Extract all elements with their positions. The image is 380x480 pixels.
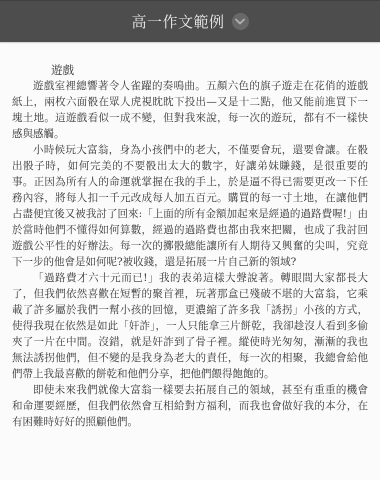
page-title[interactable]: 高一作文範例 xyxy=(131,11,224,32)
chevron-down-icon xyxy=(235,18,245,25)
essay-paragraph: 小時候玩大富翁，身為小孩們中的老大，不僅要會玩，還要會讓。在骰出骰子時，如何完美… xyxy=(12,142,368,270)
essay-paragraph: 「過路費才六十元而已!」我的表弟這樣大聲說著。轉眼間大家都長大了，但我們依然喜歡… xyxy=(12,270,368,382)
app-screen: 高一作文範例 遊戲 遊戲室裡總響著令人雀躍的奏鳴曲。五顏六色的旗子遊走在花俏的遊… xyxy=(0,0,380,480)
title-dropdown-button[interactable] xyxy=(232,13,249,30)
essay-paragraph: 即使未來我們就像大富翁一樣要去拓展自己的領域，甚至有重重的機會和命運要經歷，但我… xyxy=(12,382,368,430)
app-header: 高一作文範例 xyxy=(0,0,380,42)
essay-paragraph: 遊戲室裡總響著令人雀躍的奏鳴曲。五顏六色的旗子遊走在花俏的遊戲紙上，兩枚六面骰在… xyxy=(12,78,368,142)
essay-scroll-area[interactable]: 遊戲 遊戲室裡總響著令人雀躍的奏鳴曲。五顏六色的旗子遊走在花俏的遊戲紙上，兩枚六… xyxy=(0,42,380,480)
essay-title: 遊戲 xyxy=(12,62,368,78)
